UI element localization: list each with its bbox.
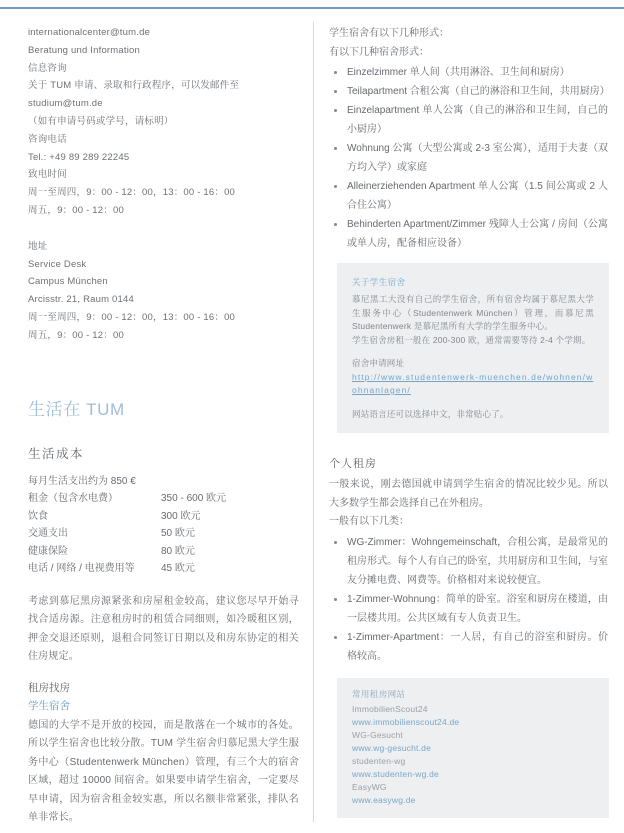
student-dorm-paragraph: 德国的大学不是开放的校园，而是散落在一个城市的各处。所以学生宿舍也比较分散。TU… [28, 717, 299, 828]
bullet-icon [334, 636, 337, 639]
site-name: WG-Gesucht [352, 729, 594, 742]
bullet-icon [334, 223, 337, 226]
rent-type-item: 1-Zimmer-Apartment：一人居，有自己的浴室和厨房。价格较高。 [329, 628, 608, 666]
site-link[interactable]: www.easywg.de [352, 794, 594, 807]
address-block: 地址 Service Desk Campus München Arcisstr.… [28, 238, 299, 345]
contact-hours: 周五，9：00 - 12：00 [28, 202, 299, 220]
cost-row: 健康保险 80 欧元 [28, 543, 299, 561]
cost-row: 电话 / 网络 / 电视费用等 45 欧元 [28, 560, 299, 578]
contact-email: studium@tum.de [28, 95, 299, 113]
dorm-type-text: Teilapartment 合租公寓（自己的淋浴和卫生间，共用厨房） [347, 86, 610, 97]
bullet-icon [334, 147, 337, 150]
rental-advice-paragraph: 考虑到慕尼黑房源紧张和房屋租金较高，建议您尽早开始寻找合适房源。注意租房时的租赁… [28, 593, 299, 667]
cost-value: 350 - 600 欧元 [161, 490, 226, 508]
bullet-icon [334, 541, 337, 544]
dorm-box-language-note: 网站语言还可以选择中文，非常贴心了。 [352, 408, 594, 422]
cost-label: 电话 / 网络 / 电视费用等 [28, 560, 161, 578]
cost-label: 饮食 [28, 508, 161, 526]
dorm-types-list: Einzelzimmer 单人间（共用淋浴、卫生间和厨房） Teilapartm… [329, 63, 608, 253]
dorm-box-paragraph: 慕尼黑工大没有自己的学生宿舍，所有宿舍均属于慕尼黑大学生服务中心（Student… [352, 293, 594, 334]
two-column-layout: internationalcenter@tum.de Beratung und … [0, 22, 624, 822]
private-rent-intro: 一般来说，刚去德国就申请到学生宿舍的情况比较少见。所以大多数学生都会选择自己在外… [329, 476, 608, 513]
cost-value: 50 欧元 [161, 525, 195, 543]
contact-email: internationalcenter@tum.de [28, 24, 299, 42]
dorm-type-item: Wohnung 公寓（大型公寓或 2-3 室公寓），适用于夫妻（双方均入学）或家… [329, 139, 608, 177]
dorm-box-rent-note: 学生宿舍房租一般在 200-300 欧，通常需要等待 2-4 个学期。 [352, 334, 594, 348]
right-column: 学生宿舍有以下几种形式： 有以下几种宿舍形式： Einzelzimmer 单人间… [314, 22, 624, 822]
section-title-find-housing: 租房找房 [28, 680, 299, 695]
site-name: ImmobilienScout24 [352, 703, 594, 716]
address-line: Arcisstr. 21, Raum 0144 [28, 291, 299, 309]
address-hours: 周五，9：00 - 12：00 [28, 327, 299, 345]
dorm-type-item: Einzelapartment 单人公寓（自己的淋浴和卫生间，自己的小厨房） [329, 101, 608, 139]
dorm-type-item: Einzelzimmer 单人间（共用淋浴、卫生间和厨房） [329, 63, 608, 82]
page-title: 生活在 TUM [28, 395, 299, 420]
contact-info-block: internationalcenter@tum.de Beratung und … [28, 24, 299, 220]
address-label: 地址 [28, 238, 299, 256]
contact-phone: Tel.: +49 89 289 22245 [28, 149, 299, 167]
dorm-type-text: Einzelapartment 单人公寓（自己的淋浴和卫生间，自己的小厨房） [347, 105, 608, 135]
dorm-info-box: 关于学生宿舍 慕尼黑工大没有自己的学生宿舍，所有宿舍均属于慕尼黑大学生服务中心（… [337, 263, 609, 433]
dorm-types-intro-1: 学生宿舍有以下几种形式： [329, 24, 608, 43]
site-link[interactable]: www.immobilienscout24.de [352, 716, 594, 729]
dorm-type-item: Behinderten Apartment/Zimmer 残障人士公寓 / 房间… [329, 215, 608, 253]
cost-value: 300 欧元 [161, 508, 200, 526]
contact-line: 致电时间 [28, 166, 299, 184]
cost-row: 租金（包含水电费） 350 - 600 欧元 [28, 490, 299, 508]
address-hours: 周一至周四，9：00 - 12：00，13：00 - 16：00 [28, 309, 299, 327]
rent-type-text: 1-Zimmer-Wohnung：简单的卧室。浴室和厨房在楼道，由一层楼共用。公… [347, 594, 608, 624]
cost-label: 租金（包含水电费） [28, 490, 161, 508]
cost-row: 交通支出 50 欧元 [28, 525, 299, 543]
cost-value: 45 欧元 [161, 560, 195, 578]
dorm-apply-label: 宿舍申请网址 [352, 357, 594, 371]
rent-types-list: WG-Zimmer：Wohngemeinschaft，合租公寓，是最常见的租房形… [329, 533, 608, 666]
rent-type-text: 1-Zimmer-Apartment：一人居，有自己的浴室和厨房。价格较高。 [347, 632, 608, 662]
dorm-type-text: Behinderten Apartment/Zimmer 残障人士公寓 / 房间… [347, 219, 608, 249]
rent-type-item: WG-Zimmer：Wohngemeinschaft，合租公寓，是最常见的租房形… [329, 533, 608, 590]
cost-value: 80 欧元 [161, 543, 195, 561]
dorm-type-item: Teilapartment 合租公寓（自己的淋浴和卫生间，共用厨房） [329, 82, 608, 101]
cost-label: 交通支出 [28, 525, 161, 543]
dorm-types-intro-2: 有以下几种宿舍形式： [329, 43, 608, 62]
dorm-box-title: 关于学生宿舍 [352, 276, 594, 289]
left-column: internationalcenter@tum.de Beratung und … [0, 22, 314, 822]
section-title-private-rent: 个人租房 [329, 455, 608, 471]
site-name: studenten-wg [352, 755, 594, 768]
rental-sites-box: 常用租房网站 ImmobilienScout24 www.immobiliens… [337, 678, 609, 818]
bullet-icon [334, 90, 337, 93]
rent-type-text: WG-Zimmer：Wohngemeinschaft，合租公寓，是最常见的租房形… [347, 537, 608, 586]
rent-type-item: 1-Zimmer-Wohnung：简单的卧室。浴室和厨房在楼道，由一层楼共用。公… [329, 590, 608, 628]
contact-line: 关于 TUM 申请、录取和行政程序，可以发邮件至 [28, 77, 299, 95]
cost-label: 健康保险 [28, 543, 161, 561]
dorm-type-text: Alleinerziehenden Apartment 单人公寓（1.5 间公寓… [347, 181, 608, 211]
site-link[interactable]: www.wg-gesucht.de [352, 742, 594, 755]
bullet-icon [334, 109, 337, 112]
bullet-icon [334, 71, 337, 74]
contact-line: （如有申请号码或学号，请标明） [28, 113, 299, 131]
cost-table: 每月生活支出约为 850 € 租金（包含水电费） 350 - 600 欧元 饮食… [28, 473, 299, 578]
private-rent-types-label: 一般有以下几类： [329, 513, 608, 532]
sites-box-title: 常用租房网站 [352, 688, 594, 701]
cost-intro: 每月生活支出约为 850 € [28, 473, 299, 491]
contact-line: 信息咨询 [28, 60, 299, 78]
bullet-icon [334, 185, 337, 188]
contact-line: 咨询电话 [28, 131, 299, 149]
address-line: Service Desk [28, 256, 299, 274]
dorm-apply-link[interactable]: http://www.studentenwerk-muenchen.de/woh… [352, 371, 594, 398]
cost-row: 饮食 300 欧元 [28, 508, 299, 526]
contact-hours: 周一至周四，9：00 - 12：00，13：00 - 16：00 [28, 184, 299, 202]
section-title-living-costs: 生活成本 [28, 444, 299, 462]
bullet-icon [334, 598, 337, 601]
dorm-type-item: Alleinerziehenden Apartment 单人公寓（1.5 间公寓… [329, 177, 608, 215]
site-link[interactable]: www.studenten-wg.de [352, 768, 594, 781]
address-line: Campus München [28, 273, 299, 291]
dorm-type-text: Einzelzimmer 单人间（共用淋浴、卫生间和厨房） [347, 67, 570, 78]
contact-line: Beratung und Information [28, 42, 299, 60]
document-page: internationalcenter@tum.de Beratung und … [0, 0, 624, 833]
dorm-type-text: Wohnung 公寓（大型公寓或 2-3 室公寓），适用于夫妻（双方均入学）或家… [347, 143, 608, 173]
student-dorm-link[interactable]: 学生宿舍 [28, 698, 299, 713]
site-name: EasyWG [352, 781, 594, 794]
top-divider-line [0, 7, 624, 9]
